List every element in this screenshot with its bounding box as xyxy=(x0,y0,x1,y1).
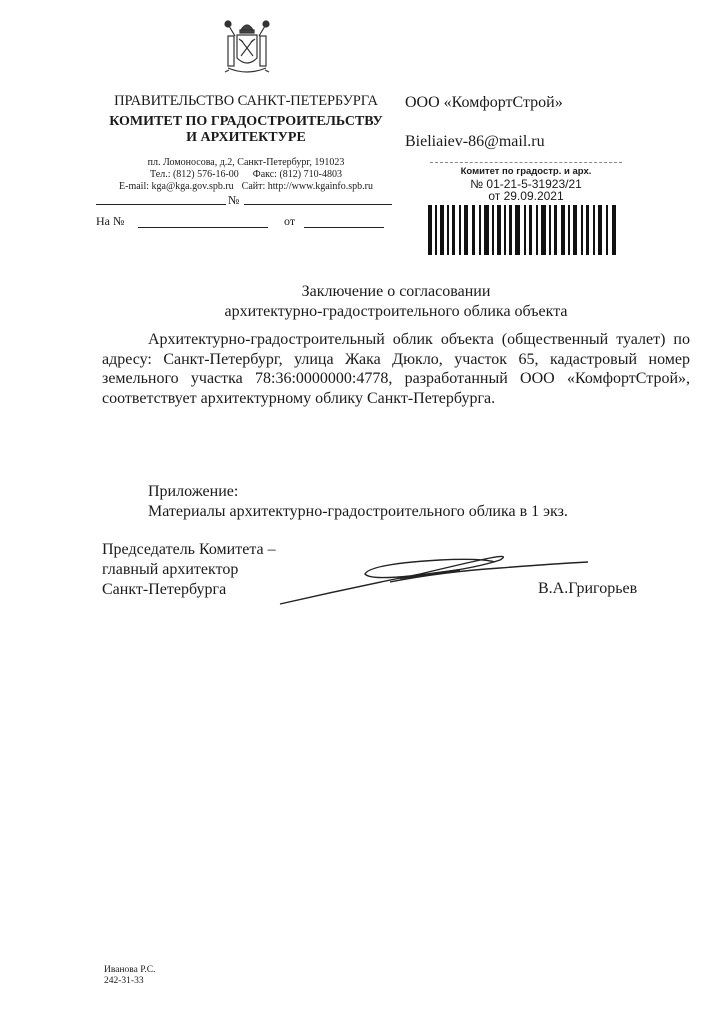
committee-line-2: И АРХИТЕКТУРЕ xyxy=(96,130,396,146)
signer-name: В.А.Григорьев xyxy=(538,580,637,598)
appendix-label: Приложение: xyxy=(148,482,568,502)
registration-stamp: Комитет по градостр. и арх. № 01-21-5-31… xyxy=(428,166,624,202)
executor-phone: 242-31-33 xyxy=(104,976,155,987)
contacts: пл. Ломоносова, д.2, Санкт-Петербург, 19… xyxy=(96,157,396,193)
website: Сайт: http://www.kgainfo.spb.ru xyxy=(242,181,373,192)
document-title: Заключение о согласовании архитектурно-г… xyxy=(96,282,696,322)
recipient-organization: ООО «КомфортСтрой» xyxy=(405,94,563,112)
committee-line-1: КОМИТЕТ ПО ГРАДОСТРОИТЕЛЬСТВУ xyxy=(96,114,396,130)
stamp-divider xyxy=(430,162,622,163)
position-line-2: главный архитектор xyxy=(102,560,276,580)
handwritten-signature xyxy=(270,548,600,608)
reply-number-blank xyxy=(138,227,268,228)
government-name: ПРАВИТЕЛЬСТВО САНКТ-ПЕТЕРБУРГА xyxy=(96,93,396,110)
phone: Тел.: (812) 576-16-00 xyxy=(150,169,239,180)
reply-to-label: На № xyxy=(96,214,124,229)
from-label: от xyxy=(284,214,295,229)
executor-name: Иванова Р.С. xyxy=(104,965,155,976)
number-blank xyxy=(244,204,392,205)
recipient-email: Bieliaiev-86@mail.ru xyxy=(405,133,545,151)
date-blank xyxy=(96,204,226,205)
signer-position: Председатель Комитета – главный архитект… xyxy=(102,540,276,600)
stamp-date: от 29.09.2021 xyxy=(428,190,624,202)
committee-email: E-mail: kga@kga.gov.spb.ru xyxy=(119,181,234,192)
outgoing-number-line: № xyxy=(96,192,396,206)
title-line-1: Заключение о согласовании xyxy=(96,282,696,302)
appendix-text: Материалы архитектурно-градостроительног… xyxy=(148,502,568,522)
position-line-3: Санкт-Петербурга xyxy=(102,580,276,600)
committee-name: КОМИТЕТ ПО ГРАДОСТРОИТЕЛЬСТВУ И АРХИТЕКТ… xyxy=(96,114,396,146)
title-line-2: архитектурно-градостроительного облика о… xyxy=(96,302,696,322)
number-sign: № xyxy=(228,193,239,208)
position-line-1: Председатель Комитета – xyxy=(102,540,276,560)
address: пл. Ломоносова, д.2, Санкт-Петербург, 19… xyxy=(96,157,396,169)
reply-date-blank xyxy=(304,227,384,228)
barcode-icon xyxy=(428,205,620,255)
document-body: Архитектурно-градостроительный облик объ… xyxy=(102,330,690,408)
appendix: Приложение: Материалы архитектурно-градо… xyxy=(148,482,568,522)
fax: Факс: (812) 710-4803 xyxy=(253,169,342,180)
reply-reference-line: На № от xyxy=(96,214,396,230)
executor-info: Иванова Р.С. 242-31-33 xyxy=(104,965,155,987)
coat-of-arms-icon xyxy=(222,18,272,80)
